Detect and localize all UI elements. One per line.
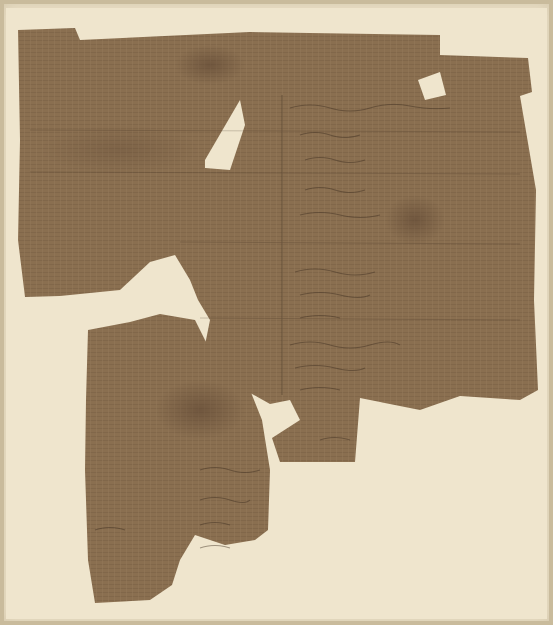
papyrus-fragments xyxy=(0,0,553,625)
mount-frame xyxy=(0,0,553,625)
